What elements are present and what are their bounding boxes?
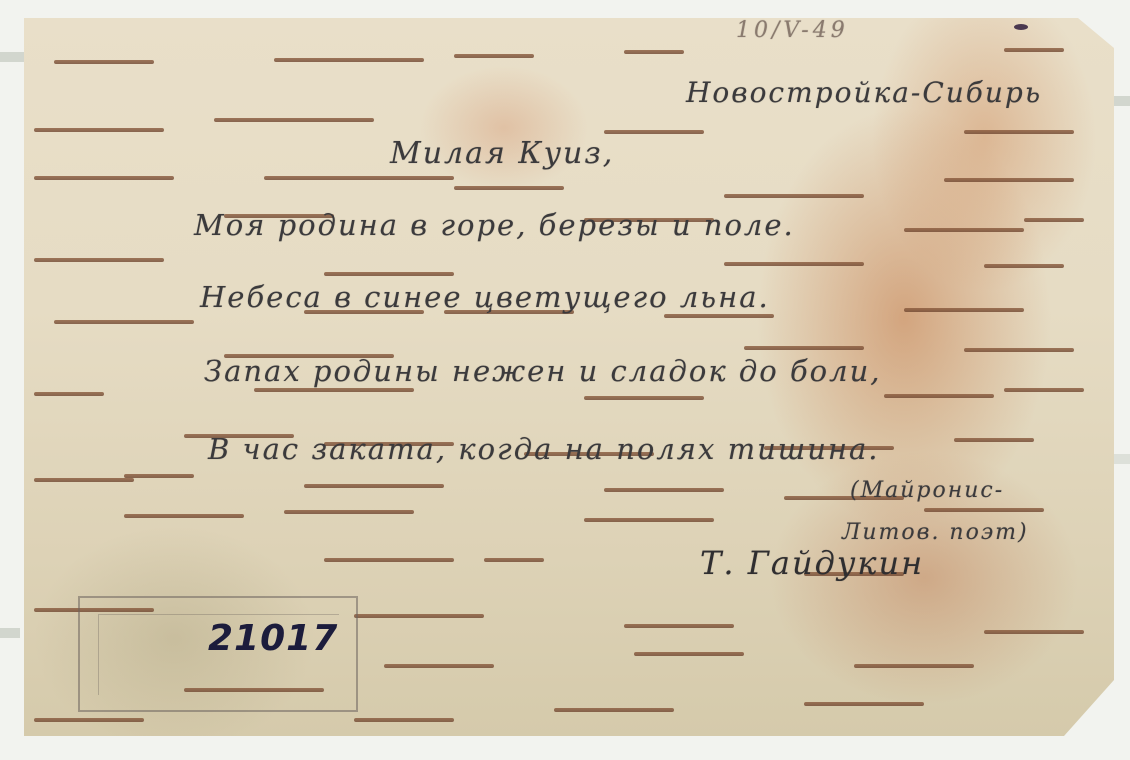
poem-line: Запах родины нежен и сладок до боли,: [204, 354, 881, 388]
bark-lenticel: [1004, 388, 1084, 392]
bark-lenticel: [904, 308, 1024, 312]
bark-lenticel: [354, 614, 484, 618]
bark-lenticel: [724, 194, 864, 198]
bark-lenticel: [924, 508, 1044, 512]
bark-lenticel: [454, 186, 564, 190]
bark-lenticel: [124, 474, 194, 478]
letter-salutation: Милая Куиз,: [390, 136, 614, 171]
bark-lenticel: [604, 488, 724, 492]
bark-lenticel: [324, 558, 454, 562]
bark-lenticel: [34, 128, 164, 132]
bark-lenticel: [1024, 218, 1084, 222]
bark-lenticel: [34, 478, 134, 482]
bark-lenticel: [944, 178, 1074, 182]
bark-lenticel: [804, 702, 924, 706]
bark-lenticel: [984, 264, 1064, 268]
bark-lenticel: [54, 60, 154, 64]
bark-lenticel: [724, 262, 864, 266]
bark-lenticel: [584, 396, 704, 400]
bark-lenticel: [34, 718, 144, 722]
backdrop-stripe: [0, 52, 26, 62]
ink-blot: [1014, 24, 1028, 30]
bark-lenticel: [744, 346, 864, 350]
bark-lenticel: [634, 652, 744, 656]
bark-lenticel: [54, 320, 194, 324]
bark-lenticel: [264, 176, 454, 180]
bark-lenticel: [624, 50, 684, 54]
bark-lenticel: [354, 718, 454, 722]
poem-line: В час заката, когда на полях тишина.: [208, 432, 880, 466]
poem-line: Моя родина в горе, березы и поле.: [194, 208, 795, 242]
bark-lenticel: [454, 54, 534, 58]
bark-lenticel: [124, 514, 244, 518]
inventory-number: 21017: [208, 618, 338, 659]
birch-bark-letter: 10/V-49 Новостройка-Сибирь Милая Куиз, М…: [24, 18, 1114, 736]
bark-lenticel: [584, 518, 714, 522]
poem-attribution: (Майронис-: [850, 478, 1004, 503]
bark-lenticel: [324, 272, 454, 276]
bark-lenticel: [284, 510, 414, 514]
bark-lenticel: [964, 130, 1074, 134]
backdrop-stripe: [0, 628, 20, 638]
bark-lenticel: [484, 558, 544, 562]
letter-date: 10/V-49: [736, 18, 849, 43]
letter-signature: Т. Гайдукин: [700, 544, 924, 582]
bark-lenticel: [904, 228, 1024, 232]
bark-lenticel: [34, 258, 164, 262]
bark-lenticel: [214, 118, 374, 122]
museum-stamp: 21017: [78, 596, 358, 712]
bark-lenticel: [384, 664, 494, 668]
bark-lenticel: [664, 314, 774, 318]
bark-lenticel: [964, 348, 1074, 352]
letter-place: Новостройка-Сибирь: [686, 76, 1042, 109]
bark-lenticel: [254, 388, 414, 392]
poem-attribution: Литов. поэт): [842, 520, 1029, 545]
bark-lenticel: [34, 392, 104, 396]
bark-lenticel: [954, 438, 1034, 442]
poem-line: Небеса в синее цветущего льна.: [200, 280, 770, 314]
bark-lenticel: [604, 130, 704, 134]
bark-lenticel: [304, 484, 444, 488]
bark-lenticel: [854, 664, 974, 668]
bark-lenticel: [884, 394, 994, 398]
bark-lenticel: [984, 630, 1084, 634]
bark-lenticel: [554, 708, 674, 712]
bark-lenticel: [34, 176, 174, 180]
bark-lenticel: [624, 624, 734, 628]
bark-lenticel: [1004, 48, 1064, 52]
bark-lenticel: [274, 58, 424, 62]
